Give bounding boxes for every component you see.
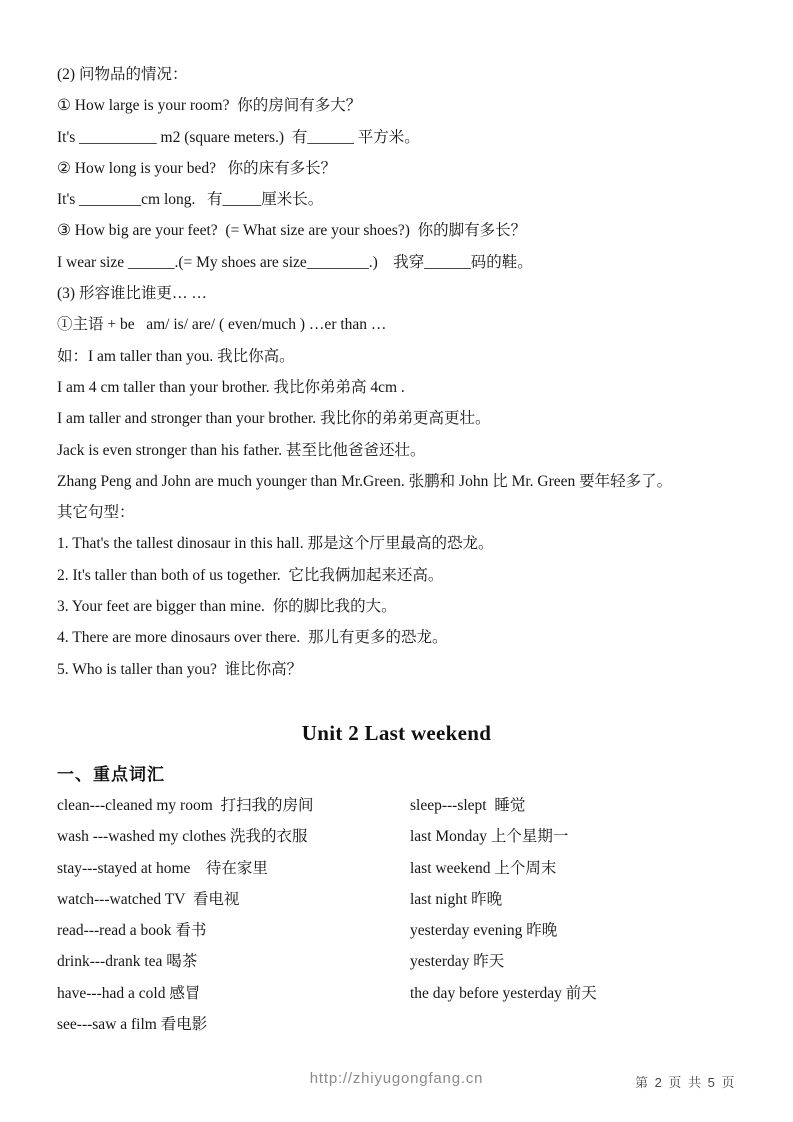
text-line: 5. Who is taller than you? 谁比你高？	[57, 654, 755, 685]
vocab-entry-left: see---saw a film 看电影	[57, 1009, 410, 1040]
vocab-table: clean---cleaned my room 打扫我的房间 sleep---s…	[57, 790, 755, 1040]
unit2-title: Unit 2 Last weekend	[0, 721, 793, 746]
text-line: 3. Your feet are bigger than mine. 你的脚比我…	[57, 591, 755, 622]
text-line: ①主语 + be am/ is/ are/ ( even/much ) …er …	[57, 309, 755, 340]
vocab-entry-left: read---read a book 看书	[57, 915, 410, 946]
vocab-row: see---saw a film 看电影	[57, 1009, 755, 1040]
vocab-row: wash ---washed my clothes 洗我的衣服 last Mon…	[57, 821, 755, 852]
text-line: (2) 问物品的情况：	[57, 59, 755, 90]
vocab-row: drink---drank tea 喝茶 yesterday 昨天	[57, 946, 755, 977]
vocab-entry-right: sleep---slept 睡觉	[410, 790, 755, 821]
text-line: Jack is even stronger than his father. 甚…	[57, 435, 755, 466]
text-line: ③ How big are your feet? (= What size ar…	[57, 215, 755, 246]
vocab-entry-right: last Monday 上个星期一	[410, 821, 755, 852]
grammar-section: (2) 问物品的情况： ① How large is your room? 你的…	[57, 59, 755, 685]
vocab-entry-left: stay---stayed at home 待在家里	[57, 853, 410, 884]
text-line: (3) 形容谁比谁更… …	[57, 278, 755, 309]
vocab-row: stay---stayed at home 待在家里 last weekend …	[57, 853, 755, 884]
vocab-entry-right: yesterday evening 昨晚	[410, 915, 755, 946]
vocab-entry-right: last night 昨晚	[410, 884, 755, 915]
text-line: 2. It's taller than both of us together.…	[57, 560, 755, 591]
text-line: 4. There are more dinosaurs over there. …	[57, 622, 755, 653]
vocab-entry-left: have---had a cold 感冒	[57, 978, 410, 1009]
page-footer: http://zhiyugongfang.cn 第 2 页 共 5 页	[57, 1066, 736, 1096]
footer-url: http://zhiyugongfang.cn	[310, 1070, 484, 1087]
text-line: It's ________cm long. 有_____厘米长。	[57, 184, 755, 215]
text-line: 1. That's the tallest dinosaur in this h…	[57, 528, 755, 559]
vocab-entry-left: watch---watched TV 看电视	[57, 884, 410, 915]
text-line: ② How long is your bed? 你的床有多长？	[57, 153, 755, 184]
vocab-entry-left: drink---drank tea 喝茶	[57, 946, 410, 977]
page-indicator: 第 2 页 共 5 页	[635, 1072, 736, 1091]
vocab-entry-left: wash ---washed my clothes 洗我的衣服	[57, 821, 410, 852]
vocab-entry-right: the day before yesterday 前天	[410, 978, 755, 1009]
text-line: I wear size ______.(= My shoes are size_…	[57, 247, 755, 278]
document-page: (2) 问物品的情况： ① How large is your room? 你的…	[0, 0, 793, 1122]
vocab-section-heading: 一、重点词汇	[57, 760, 165, 785]
text-line: 如：I am taller than you. 我比你高。	[57, 341, 755, 372]
text-line: It's __________ m2 (square meters.) 有___…	[57, 122, 755, 153]
text-line: I am taller and stronger than your broth…	[57, 403, 755, 434]
text-line: Zhang Peng and John are much younger tha…	[57, 466, 755, 497]
text-line: ① How large is your room? 你的房间有多大？	[57, 90, 755, 121]
vocab-row: read---read a book 看书 yesterday evening …	[57, 915, 755, 946]
text-line: 其它句型：	[57, 497, 755, 528]
vocab-entry-right: last weekend 上个周末	[410, 853, 755, 884]
vocab-row: clean---cleaned my room 打扫我的房间 sleep---s…	[57, 790, 755, 821]
vocab-row: have---had a cold 感冒 the day before yest…	[57, 978, 755, 1009]
vocab-entry-left: clean---cleaned my room 打扫我的房间	[57, 790, 410, 821]
text-line: I am 4 cm taller than your brother. 我比你弟…	[57, 372, 755, 403]
vocab-row: watch---watched TV 看电视 last night 昨晚	[57, 884, 755, 915]
vocab-entry-right	[410, 1009, 755, 1040]
vocab-entry-right: yesterday 昨天	[410, 946, 755, 977]
